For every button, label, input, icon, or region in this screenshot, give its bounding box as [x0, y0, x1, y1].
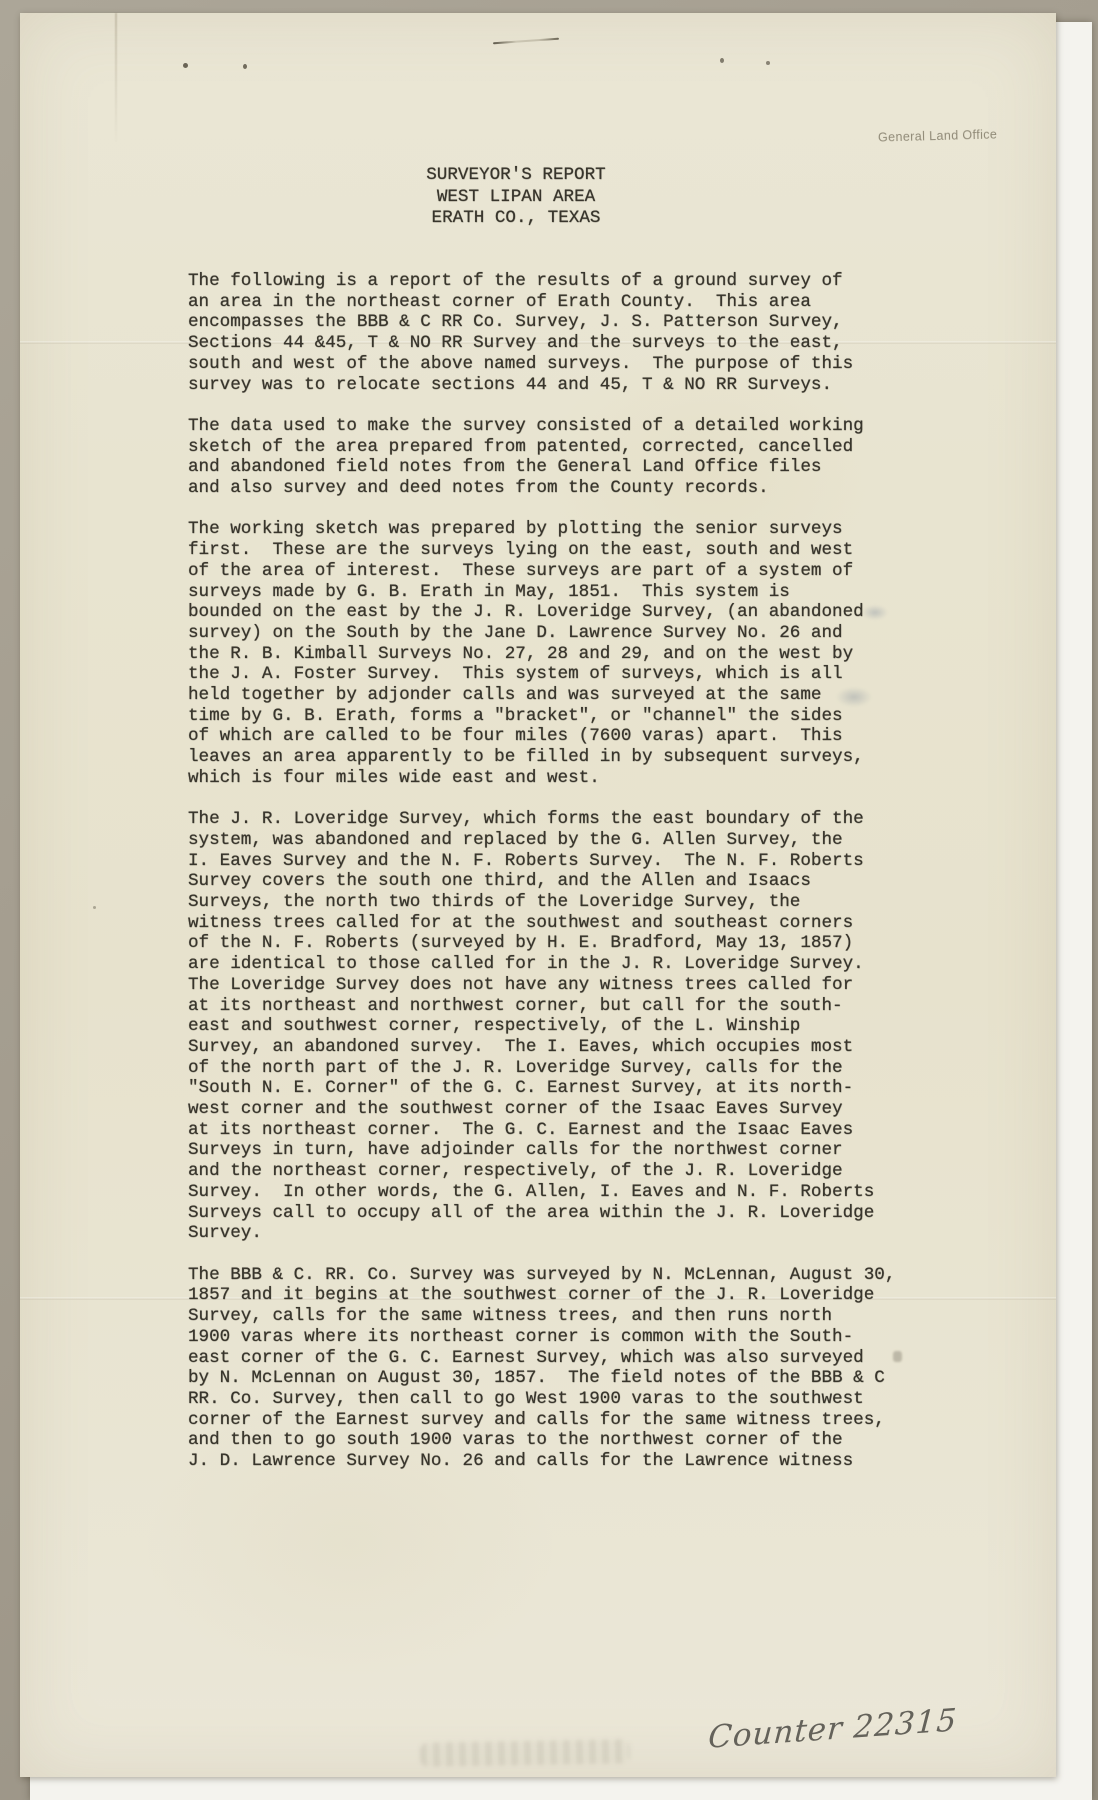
handwritten-counter-note: Counter 22315: [707, 1702, 958, 1756]
title-line-3: ERATH CO., TEXAS: [188, 208, 844, 230]
ink-bleed-through: [420, 1739, 630, 1767]
staple-hole: [720, 58, 724, 63]
paper-speck: [893, 1351, 902, 1362]
ink-smudge: [862, 605, 888, 620]
vertical-crease: [115, 13, 117, 143]
general-land-office-stamp: General Land Office: [878, 127, 998, 144]
document-title: SURVEYOR'S REPORT WEST LIPAN AREA ERATH …: [188, 165, 844, 230]
document-page: General Land Office SURVEYOR'S REPORT WE…: [20, 13, 1056, 1777]
staple-hole: [766, 61, 770, 65]
title-line-1: SURVEYOR'S REPORT: [188, 165, 844, 187]
document-body: The following is a report of the results…: [188, 271, 895, 1492]
ink-smudge: [836, 687, 872, 707]
staple-hole: [183, 63, 188, 68]
title-line-2: WEST LIPAN AREA: [188, 187, 844, 209]
paragraph: The J. R. Loveridge Survey, which forms …: [188, 809, 895, 1244]
paragraph: The following is a report of the results…: [188, 271, 895, 395]
scan-background: General Land Office SURVEYOR'S REPORT WE…: [0, 0, 1098, 1800]
paper-speck: [93, 906, 96, 909]
paragraph: The working sketch was prepared by plott…: [188, 519, 895, 788]
staple-hole: [243, 64, 247, 69]
paragraph: The data used to make the survey consist…: [188, 416, 895, 499]
pen-scratch-mark: [493, 38, 559, 45]
paragraph: The BBB & C. RR. Co. Survey was surveyed…: [188, 1265, 895, 1472]
